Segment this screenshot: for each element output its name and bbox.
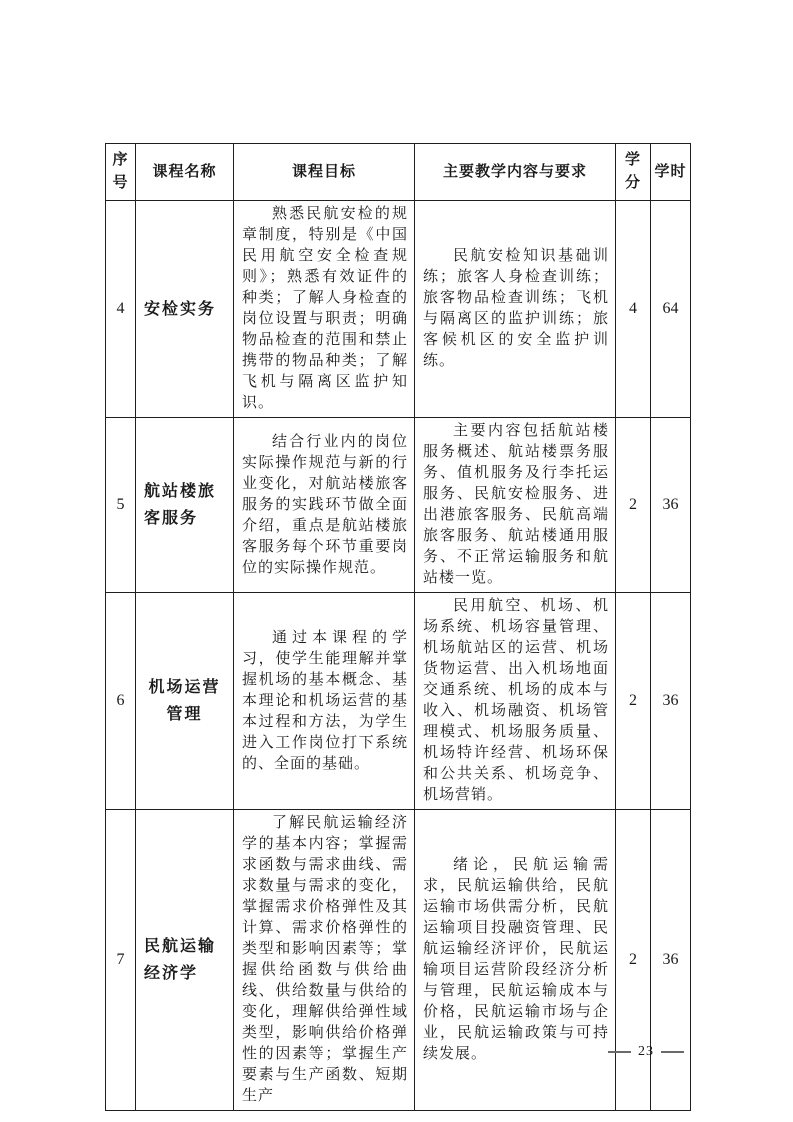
course-hours: 36: [651, 418, 691, 593]
course-content: 绪论，民航运输需求，民航运输供给，民航运输市场供需分析，民航运输项目投融资管理、…: [415, 810, 616, 1111]
course-name: 机场运营管理: [136, 593, 234, 810]
course-no: 5: [106, 418, 136, 593]
course-content-text: 民航安检知识基础训练；旅客人身检查训练；旅客物品检查训练；飞机与隔离区的监护训练…: [423, 246, 609, 372]
document-page: 序号 课程名称 课程目标 主要教学内容与要求 学分 学时 4 安检实务 熟悉民航…: [0, 0, 793, 1122]
course-objective: 了解民航运输经济学的基本内容；掌握需求函数与需求曲线、需求数量与需求的变化，掌握…: [234, 810, 415, 1111]
course-content: 民航安检知识基础训练；旅客人身检查训练；旅客物品检查训练；飞机与隔离区的监护训练…: [415, 201, 616, 418]
course-objective: 结合行业内的岗位实际操作规范与新的行业变化，对航站楼旅客服务的实践环节做全面介绍…: [234, 418, 415, 593]
course-objective-text: 了解民航运输经济学的基本内容；掌握需求函数与需求曲线、需求数量与需求的变化，掌握…: [242, 813, 408, 1107]
course-hours: 36: [651, 810, 691, 1111]
course-credits: 2: [616, 593, 651, 810]
col-header-hours: 学时: [651, 144, 691, 201]
course-name-text: 机场运营管理: [148, 674, 222, 728]
course-content-text: 绪论，民航运输需求，民航运输供给，民航运输市场供需分析，民航运输项目投融资管理、…: [423, 855, 609, 1065]
course-content: 主要内容包括航站楼服务概述、航站楼票务服务、值机服务及行李托运服务、民航安检服务…: [415, 418, 616, 593]
course-table: 序号 课程名称 课程目标 主要教学内容与要求 学分 学时 4 安检实务 熟悉民航…: [105, 143, 691, 1111]
table-row: 5 航站楼旅客服务 结合行业内的岗位实际操作规范与新的行业变化，对航站楼旅客服务…: [106, 418, 691, 593]
page-number: 23: [638, 1044, 654, 1060]
course-name-text: 航站楼旅客服务: [144, 478, 218, 532]
col-header-credits: 学分: [616, 144, 651, 201]
course-content-text: 民用航空、机场、机场系统、机场容量管理、机场航站区的运营、机场货物运营、出入机场…: [423, 596, 609, 806]
course-credits: 2: [616, 418, 651, 593]
course-objective: 熟悉民航安检的规章制度，特别是《中国民用航空安全检查规则》；熟悉有效证件的种类；…: [234, 201, 415, 418]
course-name-text: 民航运输经济学: [144, 933, 218, 987]
course-content-text: 主要内容包括航站楼服务概述、航站楼票务服务、值机服务及行李托运服务、民航安检服务…: [423, 421, 609, 589]
course-credits: 4: [616, 201, 651, 418]
table-row: 6 机场运营管理 通过本课程的学习，使学生能理解并掌握机场的基本概念、基本理论和…: [106, 593, 691, 810]
course-content: 民用航空、机场、机场系统、机场容量管理、机场航站区的运营、机场货物运营、出入机场…: [415, 593, 616, 810]
course-objective-text: 熟悉民航安检的规章制度，特别是《中国民用航空安全检查规则》；熟悉有效证件的种类；…: [242, 204, 408, 414]
footer-dash-left-icon: [608, 1051, 631, 1053]
course-name-text: 安检实务: [144, 296, 218, 323]
course-objective-text: 通过本课程的学习，使学生能理解并掌握机场的基本概念、基本理论和机场运营的基本过程…: [242, 628, 408, 775]
col-header-course-name: 课程名称: [136, 144, 234, 201]
footer-dash-right-icon: [661, 1051, 684, 1053]
table-header-row: 序号 课程名称 课程目标 主要教学内容与要求 学分 学时: [106, 144, 691, 201]
course-name: 航站楼旅客服务: [136, 418, 234, 593]
course-no: 6: [106, 593, 136, 810]
course-name: 民航运输经济学: [136, 810, 234, 1111]
col-header-objective: 课程目标: [234, 144, 415, 201]
table-row: 7 民航运输经济学 了解民航运输经济学的基本内容；掌握需求函数与需求曲线、需求数…: [106, 810, 691, 1111]
course-name: 安检实务: [136, 201, 234, 418]
course-no: 7: [106, 810, 136, 1111]
course-objective-text: 结合行业内的岗位实际操作规范与新的行业变化，对航站楼旅客服务的实践环节做全面介绍…: [242, 432, 408, 579]
course-credits: 2: [616, 810, 651, 1111]
course-hours: 64: [651, 201, 691, 418]
col-header-content: 主要教学内容与要求: [415, 144, 616, 201]
course-hours: 36: [651, 593, 691, 810]
course-no: 4: [106, 201, 136, 418]
page-footer: 23: [608, 1044, 684, 1060]
table-row: 4 安检实务 熟悉民航安检的规章制度，特别是《中国民用航空安全检查规则》；熟悉有…: [106, 201, 691, 418]
course-objective: 通过本课程的学习，使学生能理解并掌握机场的基本概念、基本理论和机场运营的基本过程…: [234, 593, 415, 810]
col-header-no: 序号: [106, 144, 136, 201]
